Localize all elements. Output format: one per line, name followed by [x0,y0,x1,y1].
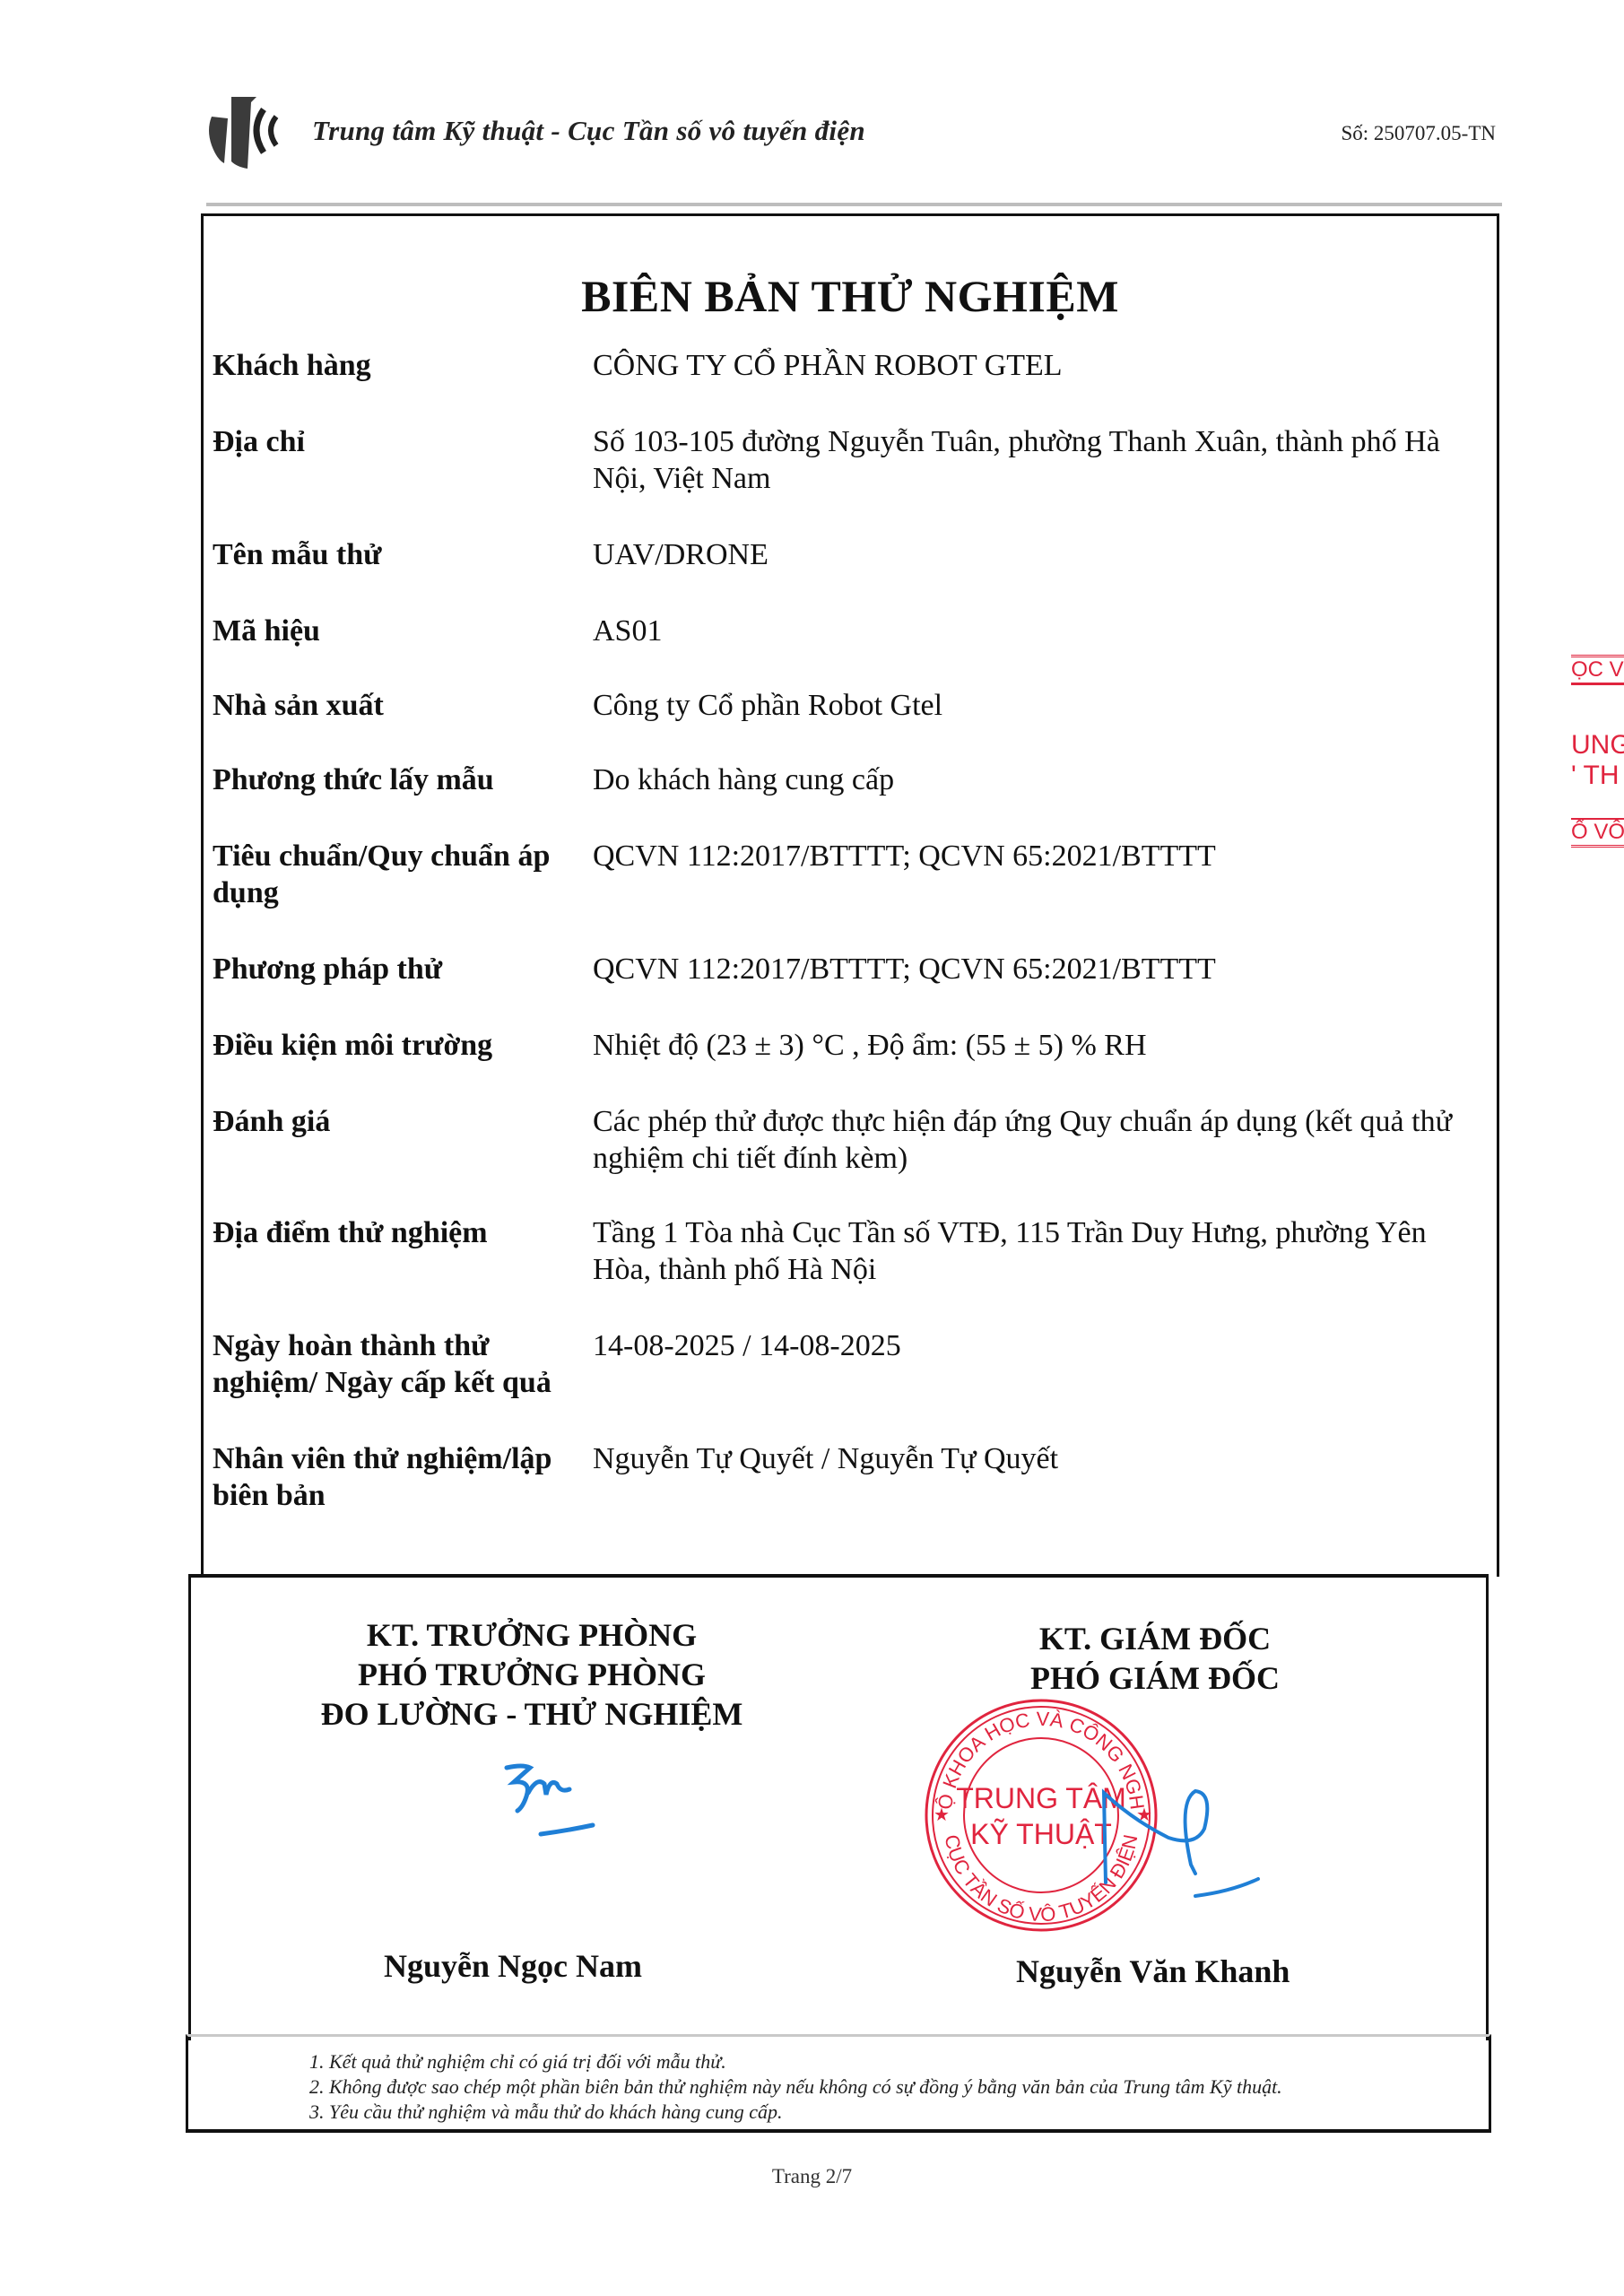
field-label: Ngày hoàn thành thử nghiệm/ Ngày cấp kết… [213,1327,593,1401]
stamp-fragment: ' TH [1571,761,1624,791]
field-label: Phương thức lấy mẫu [213,761,593,798]
document-title: BIÊN BẢN THỬ NGHIỆM [204,270,1497,322]
field-row: Ngày hoàn thành thử nghiệm/ Ngày cấp kết… [213,1327,1477,1401]
notes-list: 1. Kết quả thử nghiệm chỉ có giá trị đối… [309,2049,1282,2125]
field-label: Nhân viên thử nghiệm/lập biên bản [213,1440,593,1514]
field-label: Địa chỉ [213,423,593,497]
field-label: Nhà sản xuất [213,687,593,724]
field-label: Tiêu chuẩn/Quy chuẩn áp dụng [213,838,593,911]
field-value: Tầng 1 Tòa nhà Cục Tần số VTĐ, 115 Trần … [593,1214,1477,1288]
svg-text:★: ★ [934,1805,950,1825]
field-value: Số 103-105 đường Nguyễn Tuân, phường Tha… [593,423,1477,497]
field-row: Điều kiện môi trườngNhiệt độ (23 ± 3) °C… [213,1027,1477,1064]
signature-section: KT. TRƯỞNG PHÒNG PHÓ TRƯỞNG PHÒNG ĐO LƯỜ… [188,1574,1489,2040]
stamp-fragment: ỌC V [1571,655,1624,685]
title-line: KT. GIÁM ĐỐC [958,1619,1352,1658]
field-row: Nhà sản xuấtCông ty Cổ phần Robot Gtel [213,687,1477,724]
letterhead: Trung tâm Kỹ thuật - Cục Tần số vô tuyến… [204,90,1496,170]
field-row: Mã hiệuAS01 [213,613,1477,649]
title-line: ĐO LƯỜNG - THỬ NGHIỆM [290,1694,774,1734]
field-label: Địa điểm thử nghiệm [213,1214,593,1288]
header-divider [206,203,1502,206]
field-value: Các phép thử được thực hiện đáp ứng Quy … [593,1103,1477,1177]
field-label: Tên mẫu thử [213,536,593,573]
field-row: Nhân viên thử nghiệm/lập biên bảnNguyễn … [213,1440,1477,1514]
field-list: Khách hàngCÔNG TY CỔ PHẦN ROBOT GTELĐịa … [213,347,1477,1514]
field-label: Mã hiệu [213,613,593,649]
field-value: QCVN 112:2017/BTTTT; QCVN 65:2021/BTTTT [593,838,1477,911]
right-signatory-title: KT. GIÁM ĐỐC PHÓ GIÁM ĐỐC [958,1619,1352,1698]
field-row: Tên mẫu thửUAV/DRONE [213,536,1477,573]
right-signer-name: Nguyễn Văn Khanh [1016,1952,1290,1990]
field-value: 14-08-2025 / 14-08-2025 [593,1327,1477,1401]
report-frame: BIÊN BẢN THỬ NGHIỆM Khách hàngCÔNG TY CỔ… [201,213,1499,1577]
stamp-fragment: Ố VÔ [1571,818,1624,848]
field-value: UAV/DRONE [593,536,1477,573]
field-value: Do khách hàng cung cấp [593,761,1477,798]
organization-name: Trung tâm Kỹ thuật - Cục Tần số vô tuyến… [312,115,865,147]
field-row: Địa chỉSố 103-105 đường Nguyễn Tuân, phư… [213,423,1477,497]
notes-section: 1. Kết quả thử nghiệm chỉ có giá trị đối… [186,2034,1491,2133]
title-line: PHÓ TRƯỞNG PHÒNG [290,1655,774,1694]
ttkt-logo-icon [204,90,291,170]
field-row: Phương thức lấy mẫuDo khách hàng cung cấ… [213,761,1477,798]
field-value: Nguyễn Tự Quyết / Nguyễn Tự Quyết [593,1440,1477,1514]
field-label: Điều kiện môi trường [213,1027,593,1064]
field-value: Nhiệt độ (23 ± 3) °C , Độ ẩm: (55 ± 5) %… [593,1027,1477,1064]
document-number: Số: 250707.05-TN [1342,122,1497,145]
title-line: KT. TRƯỞNG PHÒNG [290,1615,774,1655]
page-number: Trang 2/7 [0,2165,1624,2188]
field-label: Đánh giá [213,1103,593,1177]
field-label: Khách hàng [213,347,593,384]
left-signatory-title: KT. TRƯỞNG PHÒNG PHÓ TRƯỞNG PHÒNG ĐO LƯỜ… [290,1615,774,1734]
field-row: Tiêu chuẩn/Quy chuẩn áp dụngQCVN 112:201… [213,838,1477,911]
edge-stamp-fragment: ỌC V UNG ' TH Ố VÔ [1571,655,1624,924]
field-row: Đánh giáCác phép thử được thực hiện đáp … [213,1103,1477,1177]
field-row: Địa điểm thử nghiệmTầng 1 Tòa nhà Cục Tầ… [213,1214,1477,1288]
field-row: Khách hàngCÔNG TY CỔ PHẦN ROBOT GTEL [213,347,1477,384]
note-item: 3. Yêu cầu thử nghiệm và mẫu thử do khác… [309,2100,1282,2125]
note-item: 1. Kết quả thử nghiệm chỉ có giá trị đối… [309,2049,1282,2074]
note-item: 2. Không được sao chép một phần biên bản… [309,2074,1282,2100]
field-label: Phương pháp thử [213,951,593,987]
field-value: CÔNG TY CỔ PHẦN ROBOT GTEL [593,347,1477,384]
left-signer-name: Nguyễn Ngọc Nam [384,1947,642,1985]
stamp-fragment: UNG [1571,730,1624,761]
field-value: QCVN 112:2017/BTTTT; QCVN 65:2021/BTTTT [593,951,1477,987]
field-value: Công ty Cổ phần Robot Gtel [593,687,1477,724]
signature-right-icon [1061,1766,1294,1945]
signature-left-icon [487,1757,639,1856]
field-row: Phương pháp thửQCVN 112:2017/BTTTT; QCVN… [213,951,1477,987]
field-value: AS01 [593,613,1477,649]
